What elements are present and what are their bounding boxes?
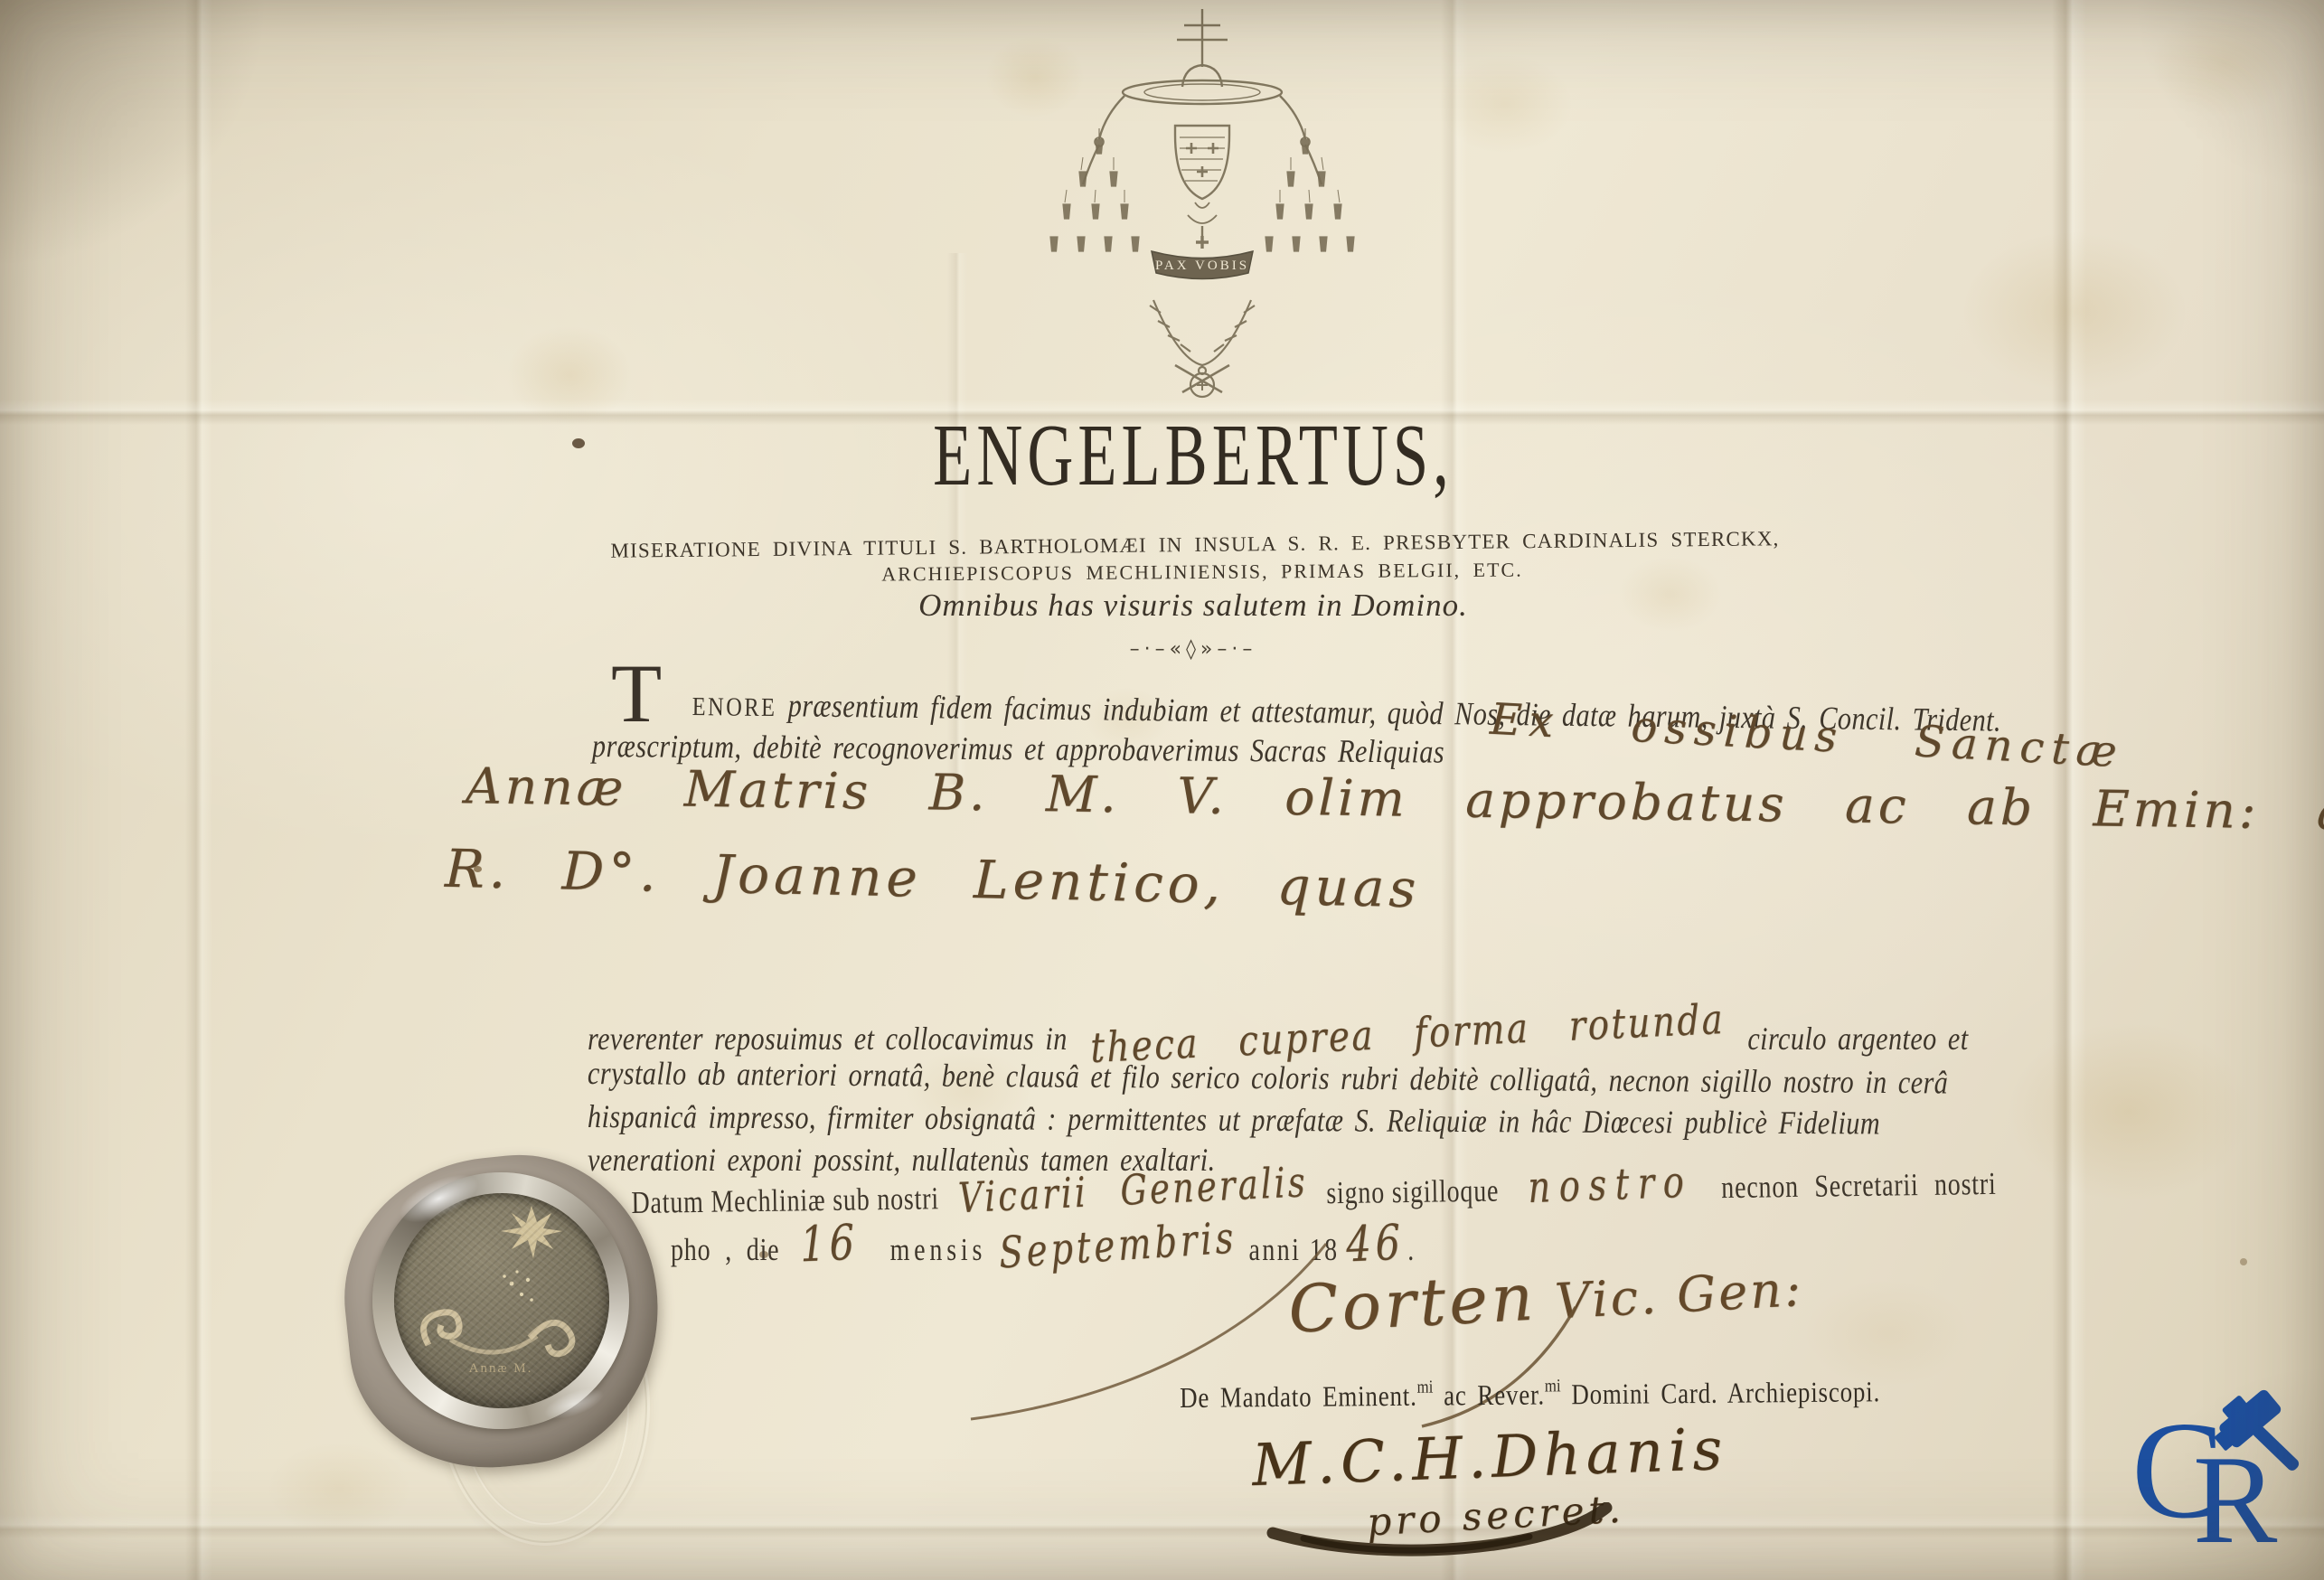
handwriting-joanne: R. D°. Joanne Lentico, quas [444,838,1420,920]
stain [2151,9,2296,118]
theca-scroll-left [424,1312,460,1345]
laurel-sprigs [1150,300,1255,397]
p2-print-b: circulo argenteo et [1747,1020,1968,1058]
printer-ornament: –·–«◊»–·– [1130,638,1257,661]
subtitle-line-1: MISERATIONE DIVINA TITULI S. BARTHOLOMÆI… [610,527,1779,563]
mandate-text-2: ac Rever. [1433,1378,1545,1411]
body-paragraph2-line-3: hispanicâ impresso, firmiter obsignatâ :… [588,1097,1880,1142]
ink-speck [2240,1258,2247,1265]
body-opening-smallcaps: ENORE [692,692,777,722]
stain [1803,1279,1971,1387]
document-photo: PAX VOBIS ENGELBERTUS, MISERATIONE DIVIN… [0,0,2324,1580]
handwriting-nostro: nostro [1527,1157,1693,1213]
document-title: ENGELBERTUS, [933,405,1454,506]
stain [267,1442,411,1537]
ink-flourish-vicar [1397,1300,1632,1435]
coat-of-arms: PAX VOBIS [1047,5,1358,405]
body-paragraph2-line-1: reverenter reposuimus et collocavimus in… [588,1011,1969,1059]
theca-scroll-right [530,1322,572,1353]
ink-flourish-secretary [1258,1502,1620,1576]
fold-crease-left [185,0,212,1580]
handwriting-year: 46 [1346,1214,1406,1274]
mandate-text-3: Domini Card. Archiepiscopi. [1560,1375,1880,1410]
stain [1437,54,1573,154]
datum-print-c: necnon Secretarii nostri [1721,1166,1997,1206]
relic-theca: Annæ M. [394,1193,609,1408]
motto-text: PAX VOBIS [1155,259,1249,273]
mandate-superscript-2: mi [1545,1376,1561,1396]
p2-print-a: reverenter reposuimus et collocavimus in [588,1020,1068,1058]
stain [506,325,633,425]
salutation-line: Omnibus has visuris salutem in Domino. [918,588,1468,624]
mandate-superscript-1: mi [1416,1378,1433,1397]
auction-house-watermark: C R [2131,1387,2312,1567]
mandate-line: De Mandato Eminent.mi ac Rever.mi Domini… [1180,1373,1880,1415]
body-paragraph2-line-2: crystallo ab anteriori ornatâ, benè clau… [588,1054,1949,1102]
stain [1618,556,1722,633]
stain [2007,1021,2251,1202]
gavel-icon [2207,1383,2309,1488]
theca-star-ornament [501,1206,562,1258]
mandate-text-1: De Mandato Eminent. [1180,1379,1417,1414]
paper-tear [572,438,585,448]
stain [1962,230,2188,393]
theca-relic-label: Annæ M. [469,1361,533,1376]
datum-print-b: signo sigilloque [1326,1173,1499,1212]
fold-crease-horizontal-bottom [0,1515,2324,1538]
handwriting-day: 16 [799,1214,859,1274]
datum2-print-a: pho , die [671,1232,779,1268]
theca-sparkles [503,1270,533,1301]
subtitle-line-2: ARCHIEPISCOPUS MECHLINIENSIS, PRIMAS BEL… [881,559,1523,587]
datum2-period: . [1407,1232,1415,1268]
theca-contents: Annæ M. [394,1193,609,1408]
